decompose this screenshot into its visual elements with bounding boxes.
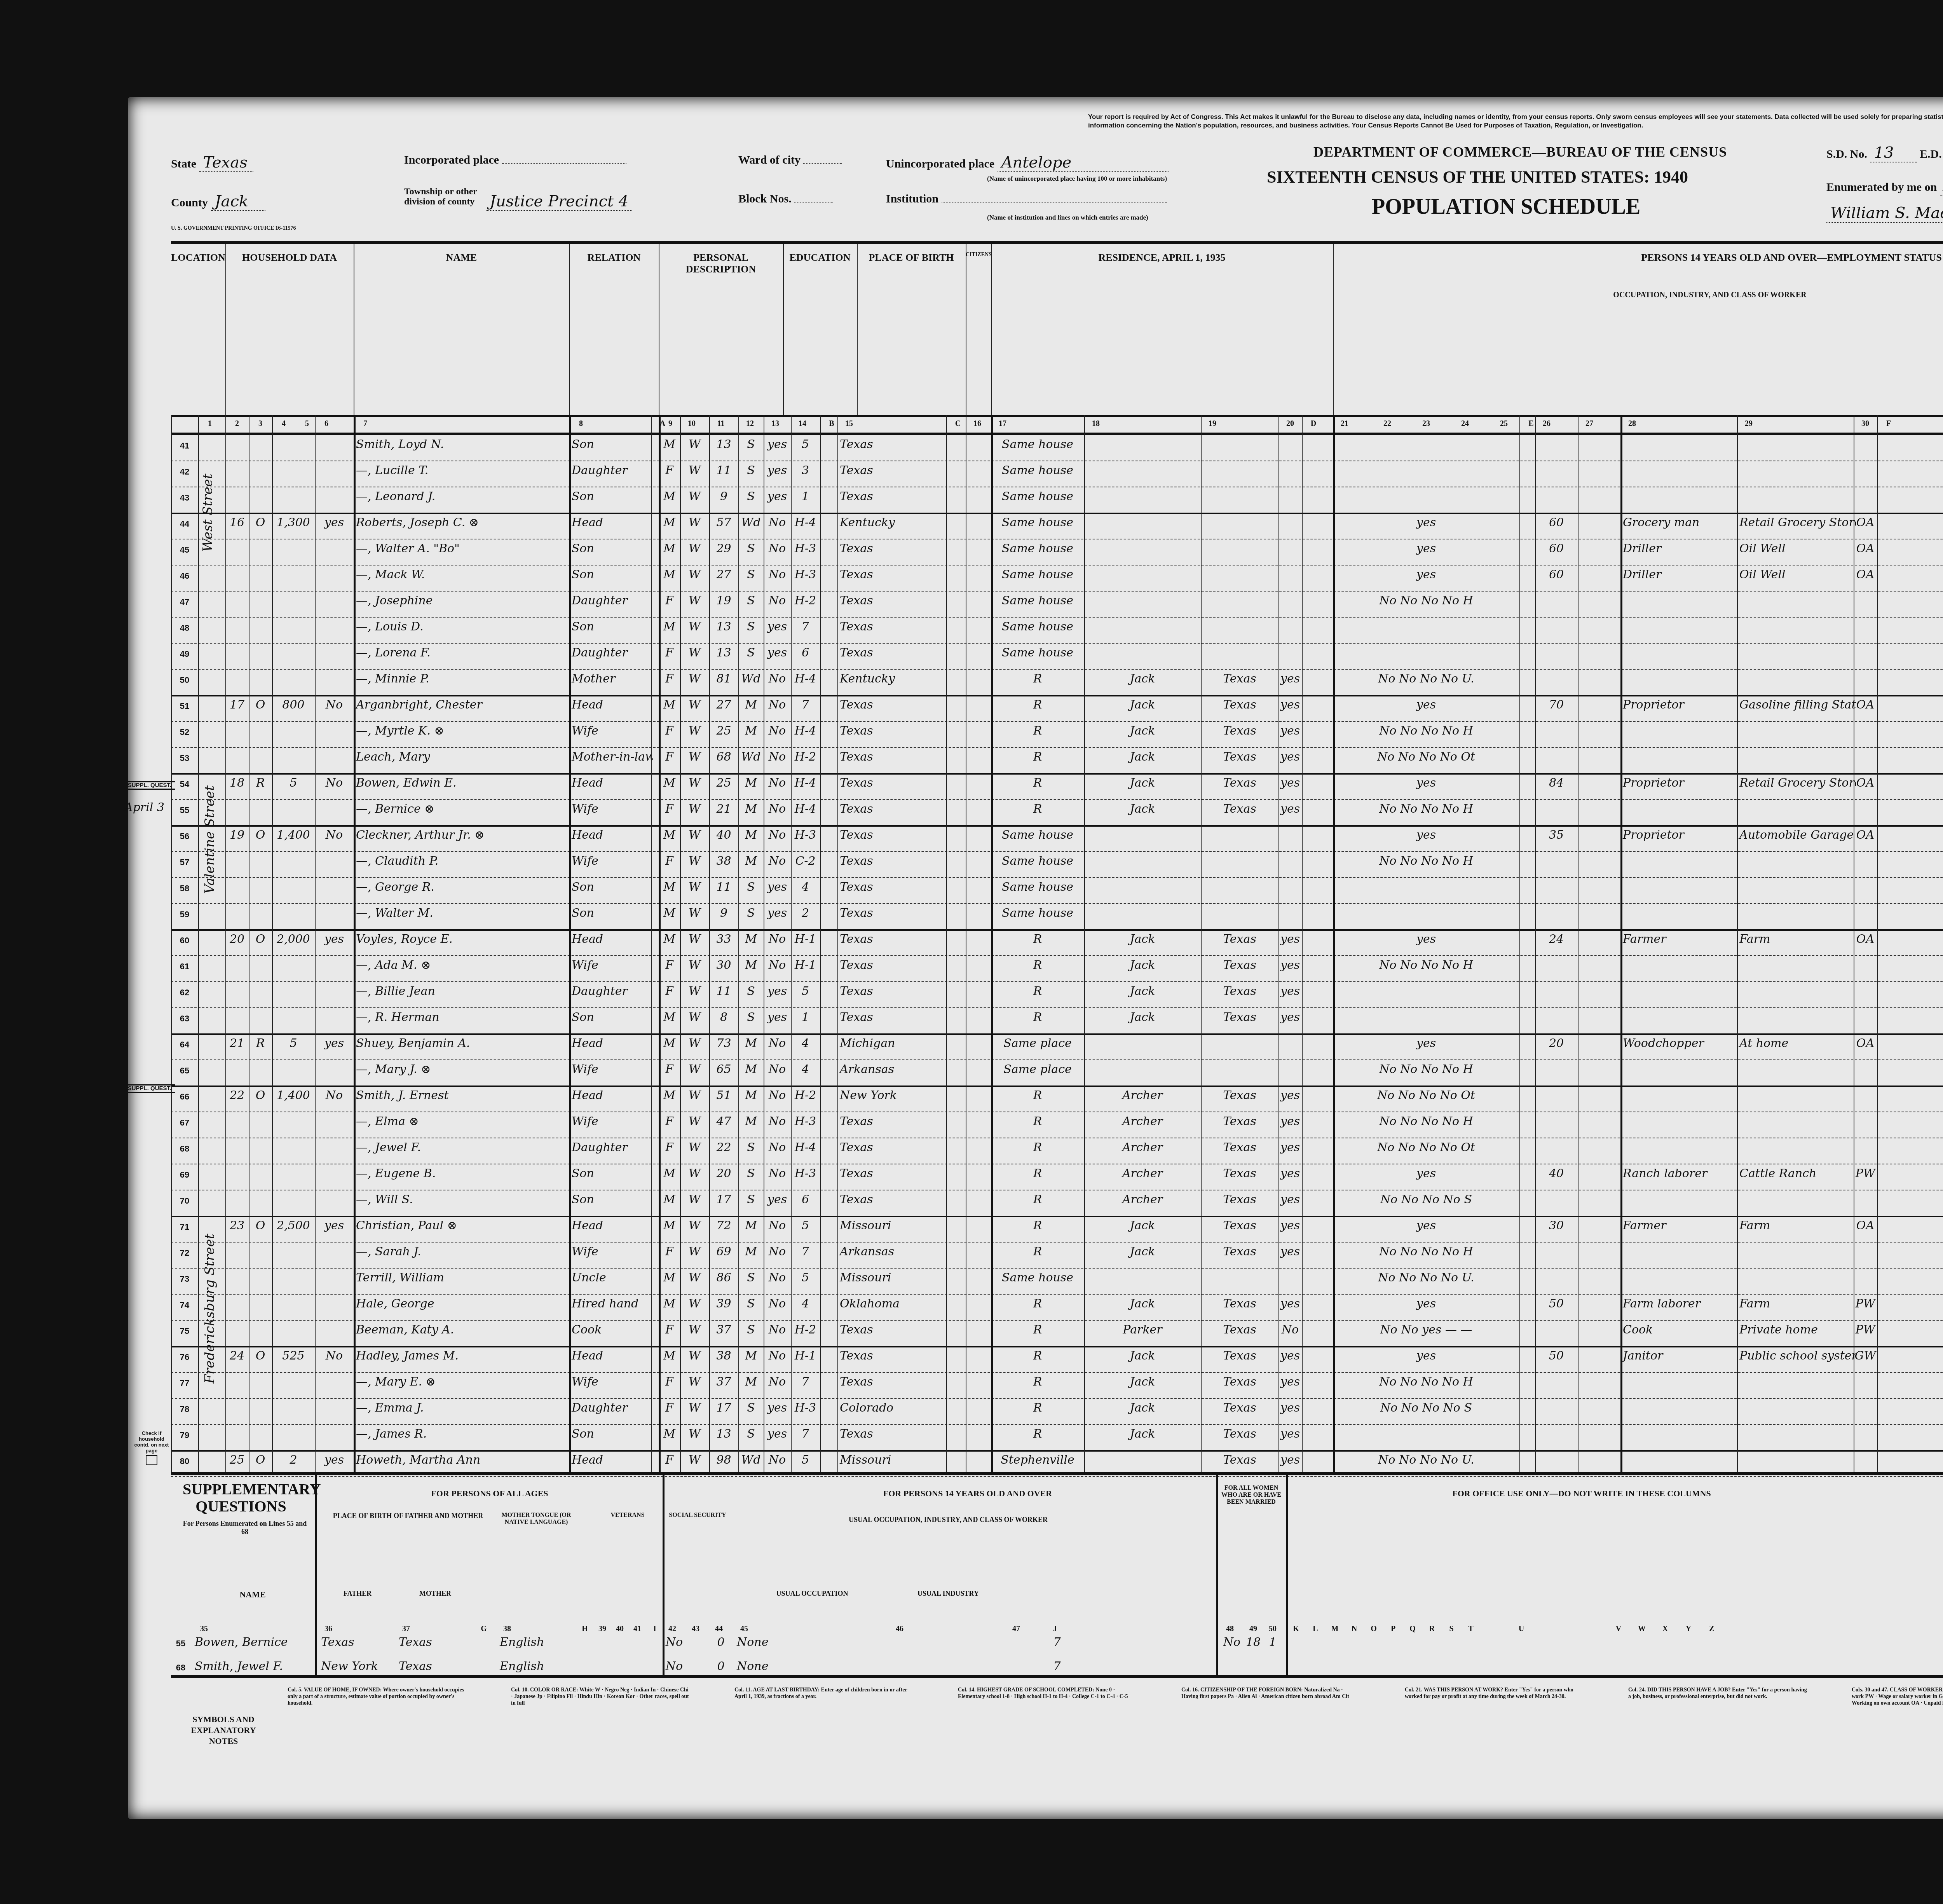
cell-value: 1,400: [272, 1089, 315, 1110]
cell-age: 9: [709, 490, 738, 511]
household-continued-checkbox[interactable]: [146, 1455, 157, 1465]
table-row: 6969—, Eugene B.SonMW20SNoH-3TexasRArche…: [171, 1164, 1943, 1190]
cell-farm: No: [315, 828, 354, 850]
cell-ind: [1737, 620, 1856, 641]
cell-mar: M: [738, 698, 764, 719]
cell-occ: [1620, 854, 1739, 876]
cell-res-farm: yes: [1278, 1193, 1302, 1214]
cell-grade: H-4: [791, 776, 820, 798]
cell-age: 40: [709, 828, 738, 850]
cell-res-city: R: [991, 1245, 1084, 1266]
cell-rel: Wife: [569, 1063, 653, 1084]
cell-rel: Wife: [569, 1245, 653, 1266]
cell-hours: [1535, 880, 1578, 902]
cell-race: W: [680, 1245, 709, 1266]
cell-name: —, Myrtle K. ⊗: [354, 724, 572, 745]
census-title: SIXTEENTH CENSUS OF THE UNITED STATES: 1…: [1267, 167, 1688, 187]
cell-own: O: [249, 516, 272, 537]
cell-res-county: [1084, 1453, 1201, 1475]
cell-rel: Head: [569, 932, 653, 954]
line-number: 44: [171, 519, 198, 529]
cell-value: 5: [272, 776, 315, 798]
cell-birth: Colorado: [837, 1401, 949, 1422]
line-number: 42: [171, 467, 198, 477]
cell-res-city: Same house: [991, 568, 1084, 589]
cell-own: [249, 490, 272, 511]
cell-sex: F: [659, 984, 680, 1006]
cell-school: No: [764, 1089, 791, 1110]
cell-res-county: [1084, 1063, 1201, 1084]
cell-value: [272, 854, 315, 876]
cell-mar: M: [738, 802, 764, 824]
cell-school: No: [764, 1219, 791, 1240]
cell-res-county: Archer: [1084, 1115, 1201, 1136]
cell-name: —, R. Herman: [354, 1010, 572, 1032]
cell-farm: [315, 958, 354, 980]
cell-age: 27: [709, 568, 738, 589]
cell-own: [249, 672, 272, 693]
population-schedule-grid: LOCATION HOUSEHOLD DATA NAME RELATION PE…: [171, 241, 1943, 1475]
cell-house: [225, 750, 249, 771]
cell-res-farm: yes: [1278, 932, 1302, 954]
cell-rel: Head: [569, 776, 653, 798]
cell-mar: S: [738, 1167, 764, 1188]
cell-res-city: R: [991, 1219, 1084, 1240]
cell-house: [225, 1375, 249, 1396]
cell-hours: [1535, 620, 1578, 641]
line-number: 71: [171, 1222, 198, 1232]
cell-value: [272, 1115, 315, 1136]
cell-res-farm: yes: [1278, 1089, 1302, 1110]
cell-occ: [1620, 984, 1739, 1006]
cell-own: [249, 438, 272, 459]
cell-hours: [1535, 802, 1578, 824]
cell-res-city: R: [991, 724, 1084, 745]
cell-house: 16: [225, 516, 249, 537]
cell-res-city: Same house: [991, 646, 1084, 667]
cell-occ: [1620, 438, 1739, 459]
cell-school: yes: [764, 1401, 791, 1422]
cell-occ: Proprietor: [1620, 776, 1739, 798]
cell-res-state: [1201, 1271, 1278, 1292]
cell-res-city: R: [991, 1193, 1084, 1214]
cell-grade: H-1: [791, 958, 820, 980]
cell-res-city: R: [991, 1297, 1084, 1318]
cell-res-state: Texas: [1201, 1010, 1278, 1032]
cell-res-farm: [1278, 854, 1302, 876]
cell-res-state: [1201, 1063, 1278, 1084]
table-row: 4949—, Lorena F.DaughterFW13Syes6TexasSa…: [171, 643, 1943, 670]
cell-grade: H-3: [791, 568, 820, 589]
cell-age: 81: [709, 672, 738, 693]
cell-age: 37: [709, 1323, 738, 1344]
cell-work: yes: [1333, 1349, 1519, 1370]
cell-race: W: [680, 698, 709, 719]
cell-cls: [1854, 1271, 1877, 1292]
cell-house: 19: [225, 828, 249, 850]
cell-farm: [315, 750, 354, 771]
cell-school: No: [764, 1349, 791, 1370]
cell-race: W: [680, 672, 709, 693]
table-row: 646421R5yesShuey, Benjamin A.HeadMW73MNo…: [171, 1033, 1943, 1060]
cell-age: 47: [709, 1115, 738, 1136]
ward-field: Ward of city: [738, 154, 842, 167]
cell-res-farm: [1278, 568, 1302, 589]
supp-cell-name: Smith, Jewel F.: [192, 1660, 315, 1681]
cell-ind: [1737, 1010, 1856, 1032]
cell-age: 8: [709, 1010, 738, 1032]
cell-grade: 5: [791, 1219, 820, 1240]
cell-sex: M: [659, 932, 680, 954]
column-number: 25: [1492, 419, 1516, 428]
line-number: 52: [171, 727, 198, 737]
cell-ind: Retail Grocery Store: [1737, 776, 1856, 798]
column-number: 24: [1453, 419, 1477, 428]
household-heading: HOUSEHOLD DATA: [225, 244, 354, 415]
column-number: 1: [198, 419, 222, 428]
cell-name: —, Lorena F.: [354, 646, 572, 667]
employment-heading: PERSONS 14 YEARS OLD AND OVER—EMPLOYMENT…: [1333, 244, 1943, 415]
cell-cls: [1854, 594, 1877, 615]
cell-res-farm: yes: [1278, 750, 1302, 771]
note-block: Col. 5. VALUE OF HOME, IF OWNED: Where o…: [288, 1687, 466, 1707]
cell-ind: [1737, 958, 1856, 980]
cell-occ: [1620, 802, 1739, 824]
supp-cell-line: 68: [171, 1663, 190, 1673]
personal-heading: PERSONAL DESCRIPTION: [659, 244, 784, 415]
cell-hours: [1535, 1323, 1578, 1344]
cell-mar: M: [738, 828, 764, 850]
cell-res-county: [1084, 1037, 1201, 1058]
table-row: 4242—, Lucille T.DaughterFW11Syes3TexasS…: [171, 461, 1943, 487]
cell-farm: yes: [315, 1037, 354, 1058]
cell-res-county: [1084, 854, 1201, 876]
cell-work: [1333, 1427, 1519, 1449]
line-number: 61: [171, 962, 198, 972]
column-number: 16: [966, 419, 989, 428]
cell-mar: S: [738, 1297, 764, 1318]
cell-school: yes: [764, 984, 791, 1006]
cell-res-county: [1084, 620, 1201, 641]
column-number: 6: [315, 419, 338, 428]
cell-work: No No No No H: [1333, 1063, 1519, 1084]
cell-birth: Texas: [837, 854, 949, 876]
cell-res-farm: [1278, 620, 1302, 641]
cell-house: [225, 1271, 249, 1292]
cell-own: O: [249, 1453, 272, 1475]
cell-house: [225, 1141, 249, 1162]
cell-occ: [1620, 1427, 1739, 1449]
cell-name: Howeth, Martha Ann: [354, 1453, 572, 1475]
cell-mar: M: [738, 776, 764, 798]
line-number: 43: [171, 493, 198, 503]
cell-race: W: [680, 1010, 709, 1032]
cell-res-farm: [1278, 490, 1302, 511]
cell-res-city: R: [991, 750, 1084, 771]
cell-value: [272, 1375, 315, 1396]
cell-res-farm: yes: [1278, 1349, 1302, 1370]
cell-res-city: Same house: [991, 620, 1084, 641]
note-block: Col. 14. HIGHEST GRADE OF SCHOOL COMPLET…: [958, 1687, 1137, 1700]
cell-work: No No No No Ot: [1333, 1089, 1519, 1110]
cell-hours: 20: [1535, 1037, 1578, 1058]
line-number: 45: [171, 545, 198, 555]
supp-row: 55Bowen, BerniceTexasTexasEnglishNo0None…: [171, 1632, 1943, 1656]
note-block: Col. 21. WAS THIS PERSON AT WORK? Enter …: [1405, 1687, 1584, 1700]
cell-hours: [1535, 1089, 1578, 1110]
cell-occ: [1620, 1271, 1739, 1292]
cell-birth: Kentucky: [837, 672, 949, 693]
cell-hours: [1535, 672, 1578, 693]
note-block: Col. 16. CITIZENSHIP OF THE FOREIGN BORN…: [1181, 1687, 1360, 1700]
supp-cell-usual-occ: None: [734, 1660, 892, 1681]
cell-school: No: [764, 1297, 791, 1318]
cell-ind: At home: [1737, 1037, 1856, 1058]
cell-farm: [315, 880, 354, 902]
table-row: 5050—, Minnie P.MotherFW81WdNoH-4Kentuck…: [171, 669, 1943, 696]
cell-work: No No No No H: [1333, 1245, 1519, 1266]
cell-mar: M: [738, 854, 764, 876]
cell-sex: M: [659, 1193, 680, 1214]
institution-note: (Name of institution and lines on which …: [987, 214, 1148, 222]
cell-value: [272, 750, 315, 771]
cell-occ: [1620, 724, 1739, 745]
cell-farm: [315, 1245, 354, 1266]
cell-ind: Retail Grocery Store: [1737, 516, 1856, 537]
education-heading: EDUCATION: [783, 244, 858, 415]
cell-name: —, Sarah J.: [354, 1245, 572, 1266]
cell-farm: [315, 1193, 354, 1214]
cell-sex: M: [659, 906, 680, 928]
cell-res-state: [1201, 906, 1278, 928]
cell-work: No No No No Ot: [1333, 1141, 1519, 1162]
cell-cls: OA: [1854, 1219, 1877, 1240]
cell-res-state: Texas: [1201, 776, 1278, 798]
cell-hours: 50: [1535, 1349, 1578, 1370]
cell-res-state: Texas: [1201, 932, 1278, 954]
cell-value: 2,000: [272, 932, 315, 954]
institution-value: [942, 202, 1167, 202]
cell-ind: [1737, 854, 1856, 876]
cell-grade: H-4: [791, 672, 820, 693]
cell-birth: Texas: [837, 880, 949, 902]
table-row: 4343—, Leonard J.SonMW9Syes1TexasSame ho…: [171, 487, 1943, 514]
line-number: 59: [171, 909, 198, 920]
cell-res-county: [1084, 438, 1201, 459]
cell-grade: H-4: [791, 1141, 820, 1162]
table-row: 6363—, R. HermanSonMW8Syes1TexasRJackTex…: [171, 1007, 1943, 1035]
column-number: 14: [791, 419, 814, 428]
cell-birth: Arkansas: [837, 1245, 949, 1266]
cell-name: —, Emma J.: [354, 1401, 572, 1422]
cell-cls: PW: [1854, 1297, 1877, 1318]
cell-birth: Texas: [837, 1323, 949, 1344]
cell-cls: [1854, 646, 1877, 667]
cell-hours: 60: [1535, 516, 1578, 537]
cell-ind: [1737, 880, 1856, 902]
note-block: Col. 24. DID THIS PERSON HAVE A JOB? Ent…: [1628, 1687, 1807, 1700]
cell-house: [225, 542, 249, 563]
cell-grade: 6: [791, 1193, 820, 1214]
cell-occ: Proprietor: [1620, 828, 1739, 850]
cell-value: [272, 1427, 315, 1449]
cell-sex: F: [659, 1375, 680, 1396]
cell-res-city: R: [991, 1010, 1084, 1032]
cell-own: [249, 958, 272, 980]
cell-school: No: [764, 1271, 791, 1292]
cell-hours: 50: [1535, 1297, 1578, 1318]
cell-rel: Son: [569, 620, 653, 641]
cell-ind: [1737, 802, 1856, 824]
cell-cls: [1854, 750, 1877, 771]
cell-school: No: [764, 1141, 791, 1162]
cell-ind: Gasoline filling Station: [1737, 698, 1856, 719]
cell-farm: [315, 542, 354, 563]
cell-work: No No No No S: [1333, 1401, 1519, 1422]
table-row: 6868—, Jewel F.DaughterFW22SNoH-4TexasRA…: [171, 1138, 1943, 1164]
cell-value: [272, 438, 315, 459]
cell-mar: S: [738, 438, 764, 459]
enumerated-date-field: Enumerated by me on April 2, 1940.: [1826, 177, 1943, 195]
supp-cell-age-first-marriage: [1244, 1660, 1263, 1681]
cell-sex: F: [659, 958, 680, 980]
women-married-heading: FOR ALL WOMEN WHO ARE OR HAVE BEEN MARRI…: [1218, 1485, 1284, 1506]
cell-res-state: Texas: [1201, 1427, 1278, 1449]
cell-value: 800: [272, 698, 315, 719]
cell-grade: H-3: [791, 828, 820, 850]
cell-school: No: [764, 1167, 791, 1188]
cell-cls: [1854, 1193, 1877, 1214]
cell-mar: S: [738, 646, 764, 667]
supp-cell-ss: No: [663, 1660, 686, 1681]
cell-grade: 1: [791, 490, 820, 511]
cell-name: —, Leonard J.: [354, 490, 572, 511]
cell-res-county: [1084, 464, 1201, 485]
cell-race: W: [680, 750, 709, 771]
sd-field: S.D. No. 13 E.D. No. 119-8: [1826, 144, 1943, 162]
line-number: 68: [171, 1144, 198, 1154]
cell-work: No No No No U.: [1333, 1453, 1519, 1475]
cell-occ: [1620, 958, 1739, 980]
cell-age: 57: [709, 516, 738, 537]
cell-ind: [1737, 1193, 1856, 1214]
cell-hours: [1535, 438, 1578, 459]
line-number: 64: [171, 1040, 198, 1050]
cell-name: —, Elma ⊗: [354, 1115, 572, 1136]
column-number: 29: [1737, 419, 1760, 428]
cell-cls: [1854, 438, 1877, 459]
line-number: 57: [171, 857, 198, 867]
citizenship-heading: CITIZENSHIP: [966, 244, 992, 415]
relation-heading: RELATION: [569, 244, 659, 415]
cell-res-farm: [1278, 1063, 1302, 1084]
table-row: 7272—, Sarah J.WifeFW69MNo7ArkansasRJack…: [171, 1242, 1943, 1269]
cell-rel: Daughter: [569, 1401, 653, 1422]
table-row: 717123O2,500yesChristian, Paul ⊗HeadMW72…: [171, 1216, 1943, 1243]
cell-occ: [1620, 620, 1739, 641]
cell-grade: 4: [791, 1037, 820, 1058]
cell-house: [225, 1297, 249, 1318]
cell-own: O: [249, 1219, 272, 1240]
cell-value: [272, 802, 315, 824]
cell-birth: Texas: [837, 1193, 949, 1214]
cell-rel: Head: [569, 698, 653, 719]
cell-res-city: R: [991, 672, 1084, 693]
cell-grade: H-4: [791, 516, 820, 537]
cell-house: 23: [225, 1219, 249, 1240]
confidentiality-notice: Your report is required by Act of Congre…: [1088, 113, 1943, 130]
cell-res-state: Texas: [1201, 1349, 1278, 1370]
cell-res-farm: [1278, 828, 1302, 850]
column-number-row: 12345678A91011121314B15C1617181920D21222…: [171, 415, 1943, 435]
cell-mar: M: [738, 1115, 764, 1136]
cell-res-city: Same house: [991, 1271, 1084, 1292]
cell-grade: 5: [791, 1271, 820, 1292]
cell-hours: [1535, 594, 1578, 615]
cell-occ: [1620, 1193, 1739, 1214]
cell-age: 73: [709, 1037, 738, 1058]
cell-birth: Texas: [837, 490, 949, 511]
cell-occ: [1620, 490, 1739, 511]
column-number: 8: [569, 419, 593, 428]
line-number: 46: [171, 571, 198, 581]
cell-mar: M: [738, 1089, 764, 1110]
cell-rel: Head: [569, 1453, 653, 1475]
cell-ind: Private home: [1737, 1323, 1856, 1344]
cell-birth: Texas: [837, 932, 949, 954]
cell-hours: 35: [1535, 828, 1578, 850]
cell-birth: Oklahoma: [837, 1297, 949, 1318]
cell-value: [272, 542, 315, 563]
cell-value: 2: [272, 1453, 315, 1475]
cell-res-city: Same place: [991, 1063, 1084, 1084]
cell-farm: [315, 594, 354, 615]
cell-farm: No: [315, 776, 354, 798]
cell-birth: Texas: [837, 958, 949, 980]
cell-house: [225, 1167, 249, 1188]
cell-birth: Texas: [837, 724, 949, 745]
table-row: 7474Hale, GeorgeHired handMW39SNo4Oklaho…: [171, 1294, 1943, 1321]
cell-ind: [1737, 1115, 1856, 1136]
cell-house: [225, 1115, 249, 1136]
cell-rel: Head: [569, 516, 653, 537]
cell-mar: S: [738, 1193, 764, 1214]
cell-grade: H-3: [791, 1115, 820, 1136]
table-row: 5252—, Myrtle K. ⊗WifeFW25MNoH-4TexasRJa…: [171, 721, 1943, 748]
street-note-valentine: Valentine Street: [202, 785, 218, 894]
cell-sex: M: [659, 1167, 680, 1188]
cell-race: W: [680, 1323, 709, 1344]
office-use-heading: FOR OFFICE USE ONLY—DO NOT WRITE IN THES…: [1290, 1489, 1873, 1499]
cell-house: [225, 724, 249, 745]
cell-ind: [1737, 1063, 1856, 1084]
township-label: Township or other division of county: [404, 187, 482, 207]
supp-cell-children: [1263, 1660, 1282, 1681]
cell-mar: M: [738, 1037, 764, 1058]
cell-res-farm: yes: [1278, 1427, 1302, 1449]
line-number: 49: [171, 649, 198, 659]
cell-value: [272, 646, 315, 667]
cell-rel: Mother-in-law: [569, 750, 653, 771]
cell-house: [225, 854, 249, 876]
cell-hours: [1535, 1245, 1578, 1266]
line-number: 74: [171, 1300, 198, 1310]
cell-res-state: [1201, 542, 1278, 563]
cell-mar: S: [738, 1401, 764, 1422]
cell-farm: [315, 1297, 354, 1318]
cell-birth: Michigan: [837, 1037, 949, 1058]
cell-sex: M: [659, 490, 680, 511]
